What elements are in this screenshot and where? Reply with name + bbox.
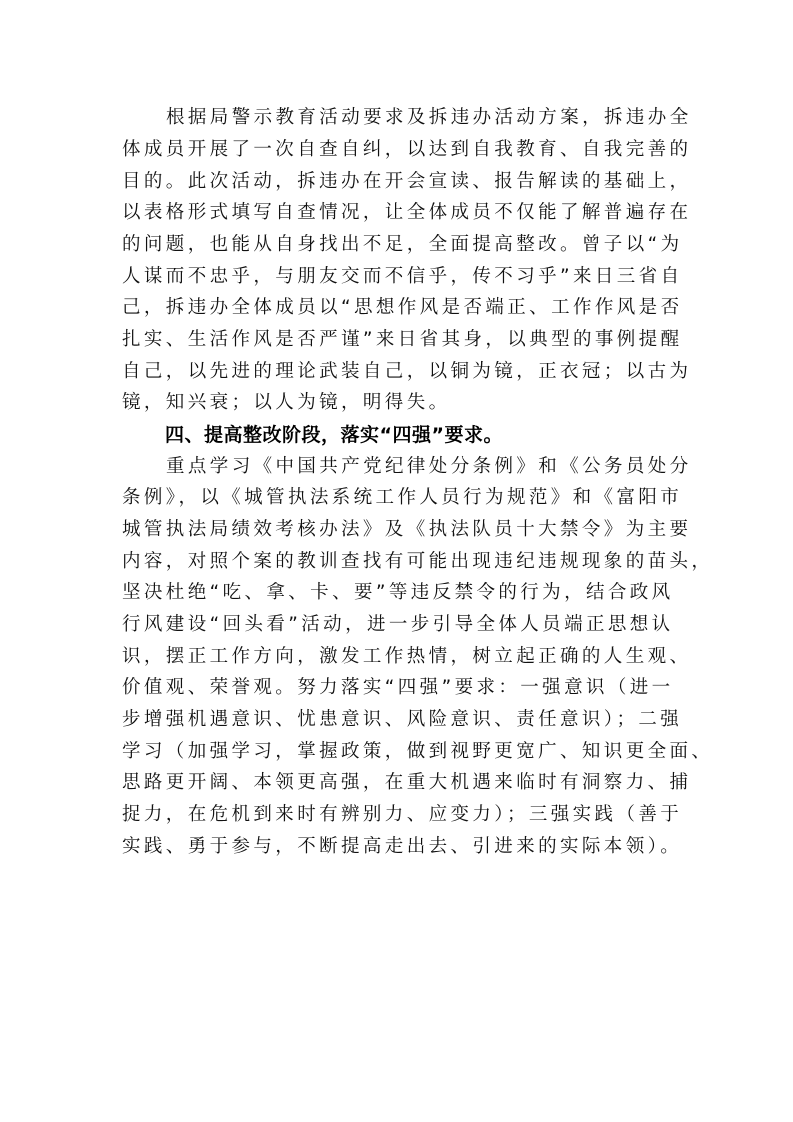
paragraph-line: 思路更开阔、本领更高强，在重大机遇来临时有洞察力、捕 <box>122 767 682 799</box>
document-page: 根据局警示教育活动要求及拆违办活动方案，拆违办全 体成员开展了一次自查自纠，以达… <box>0 0 793 1122</box>
paragraph-line: 体成员开展了一次自查自纠，以达到自我教育、自我完善的 <box>122 134 682 166</box>
paragraph-line: 己，拆违办全体成员以“思想作风是否端正、工作作风是否 <box>122 292 682 324</box>
paragraph-line: 城管执法局绩效考核办法》及《执法队员十大禁令》为主要 <box>122 514 682 546</box>
paragraph-line: 自己，以先进的理论武装自己，以铜为镜，正衣冠；以古为 <box>122 356 682 388</box>
paragraph-line: 内容，对照个案的教训查找有可能出现违纪违规现象的苗头， <box>122 546 682 578</box>
paragraph-line: 学习（加强学习，掌握政策，做到视野更宽广、知识更全面、 <box>122 736 682 768</box>
paragraph-line: 识，摆正工作方向，激发工作热情，树立起正确的人生观、 <box>122 641 682 673</box>
paragraph-line: 人谋而不忠乎，与朋友交而不信乎，传不习乎”来日三省自 <box>122 261 682 293</box>
paragraph-line: 扎实、生活作风是否严谨”来日省其身，以典型的事例提醒 <box>122 324 682 356</box>
paragraph-line: 实践、勇于参与，不断提高走出去、引进来的实际本领）。 <box>122 831 682 863</box>
paragraph-line: 根据局警示教育活动要求及拆违办活动方案，拆违办全 <box>166 102 726 134</box>
paragraph-line: 镜，知兴衰；以人为镜，明得失。 <box>122 387 682 419</box>
section-heading: 四、提高整改阶段，落实“四强”要求。 <box>165 419 725 451</box>
paragraph-line: 步增强机遇意识、忧患意识、风险意识、责任意识）；二强 <box>122 704 682 736</box>
paragraph-line: 价值观、荣誉观。努力落实“四强”要求：一强意识（进一 <box>122 672 682 704</box>
paragraph-line: 的问题，也能从自身找出不足，全面提高整改。曾子以“为 <box>122 229 682 261</box>
paragraph-line: 重点学习《中国共产党纪律处分条例》和《公务员处分 <box>166 451 726 483</box>
paragraph-line: 行风建设“回头看”活动，进一步引导全体人员端正思想认 <box>122 609 682 641</box>
paragraph-line: 坚决杜绝“吃、拿、卡、要”等违反禁令的行为，结合政风 <box>122 577 682 609</box>
paragraph-line: 以表格形式填写自查情况，让全体成员不仅能了解普遍存在 <box>122 197 682 229</box>
paragraph-line: 目的。此次活动，拆违办在开会宣读、报告解读的基础上， <box>122 166 682 198</box>
paragraph-line: 条例》，以《城管执法系统工作人员行为规范》和《富阳市 <box>122 482 682 514</box>
paragraph-line: 捉力，在危机到来时有辨别力、应变力）；三强实践（善于 <box>122 799 682 831</box>
